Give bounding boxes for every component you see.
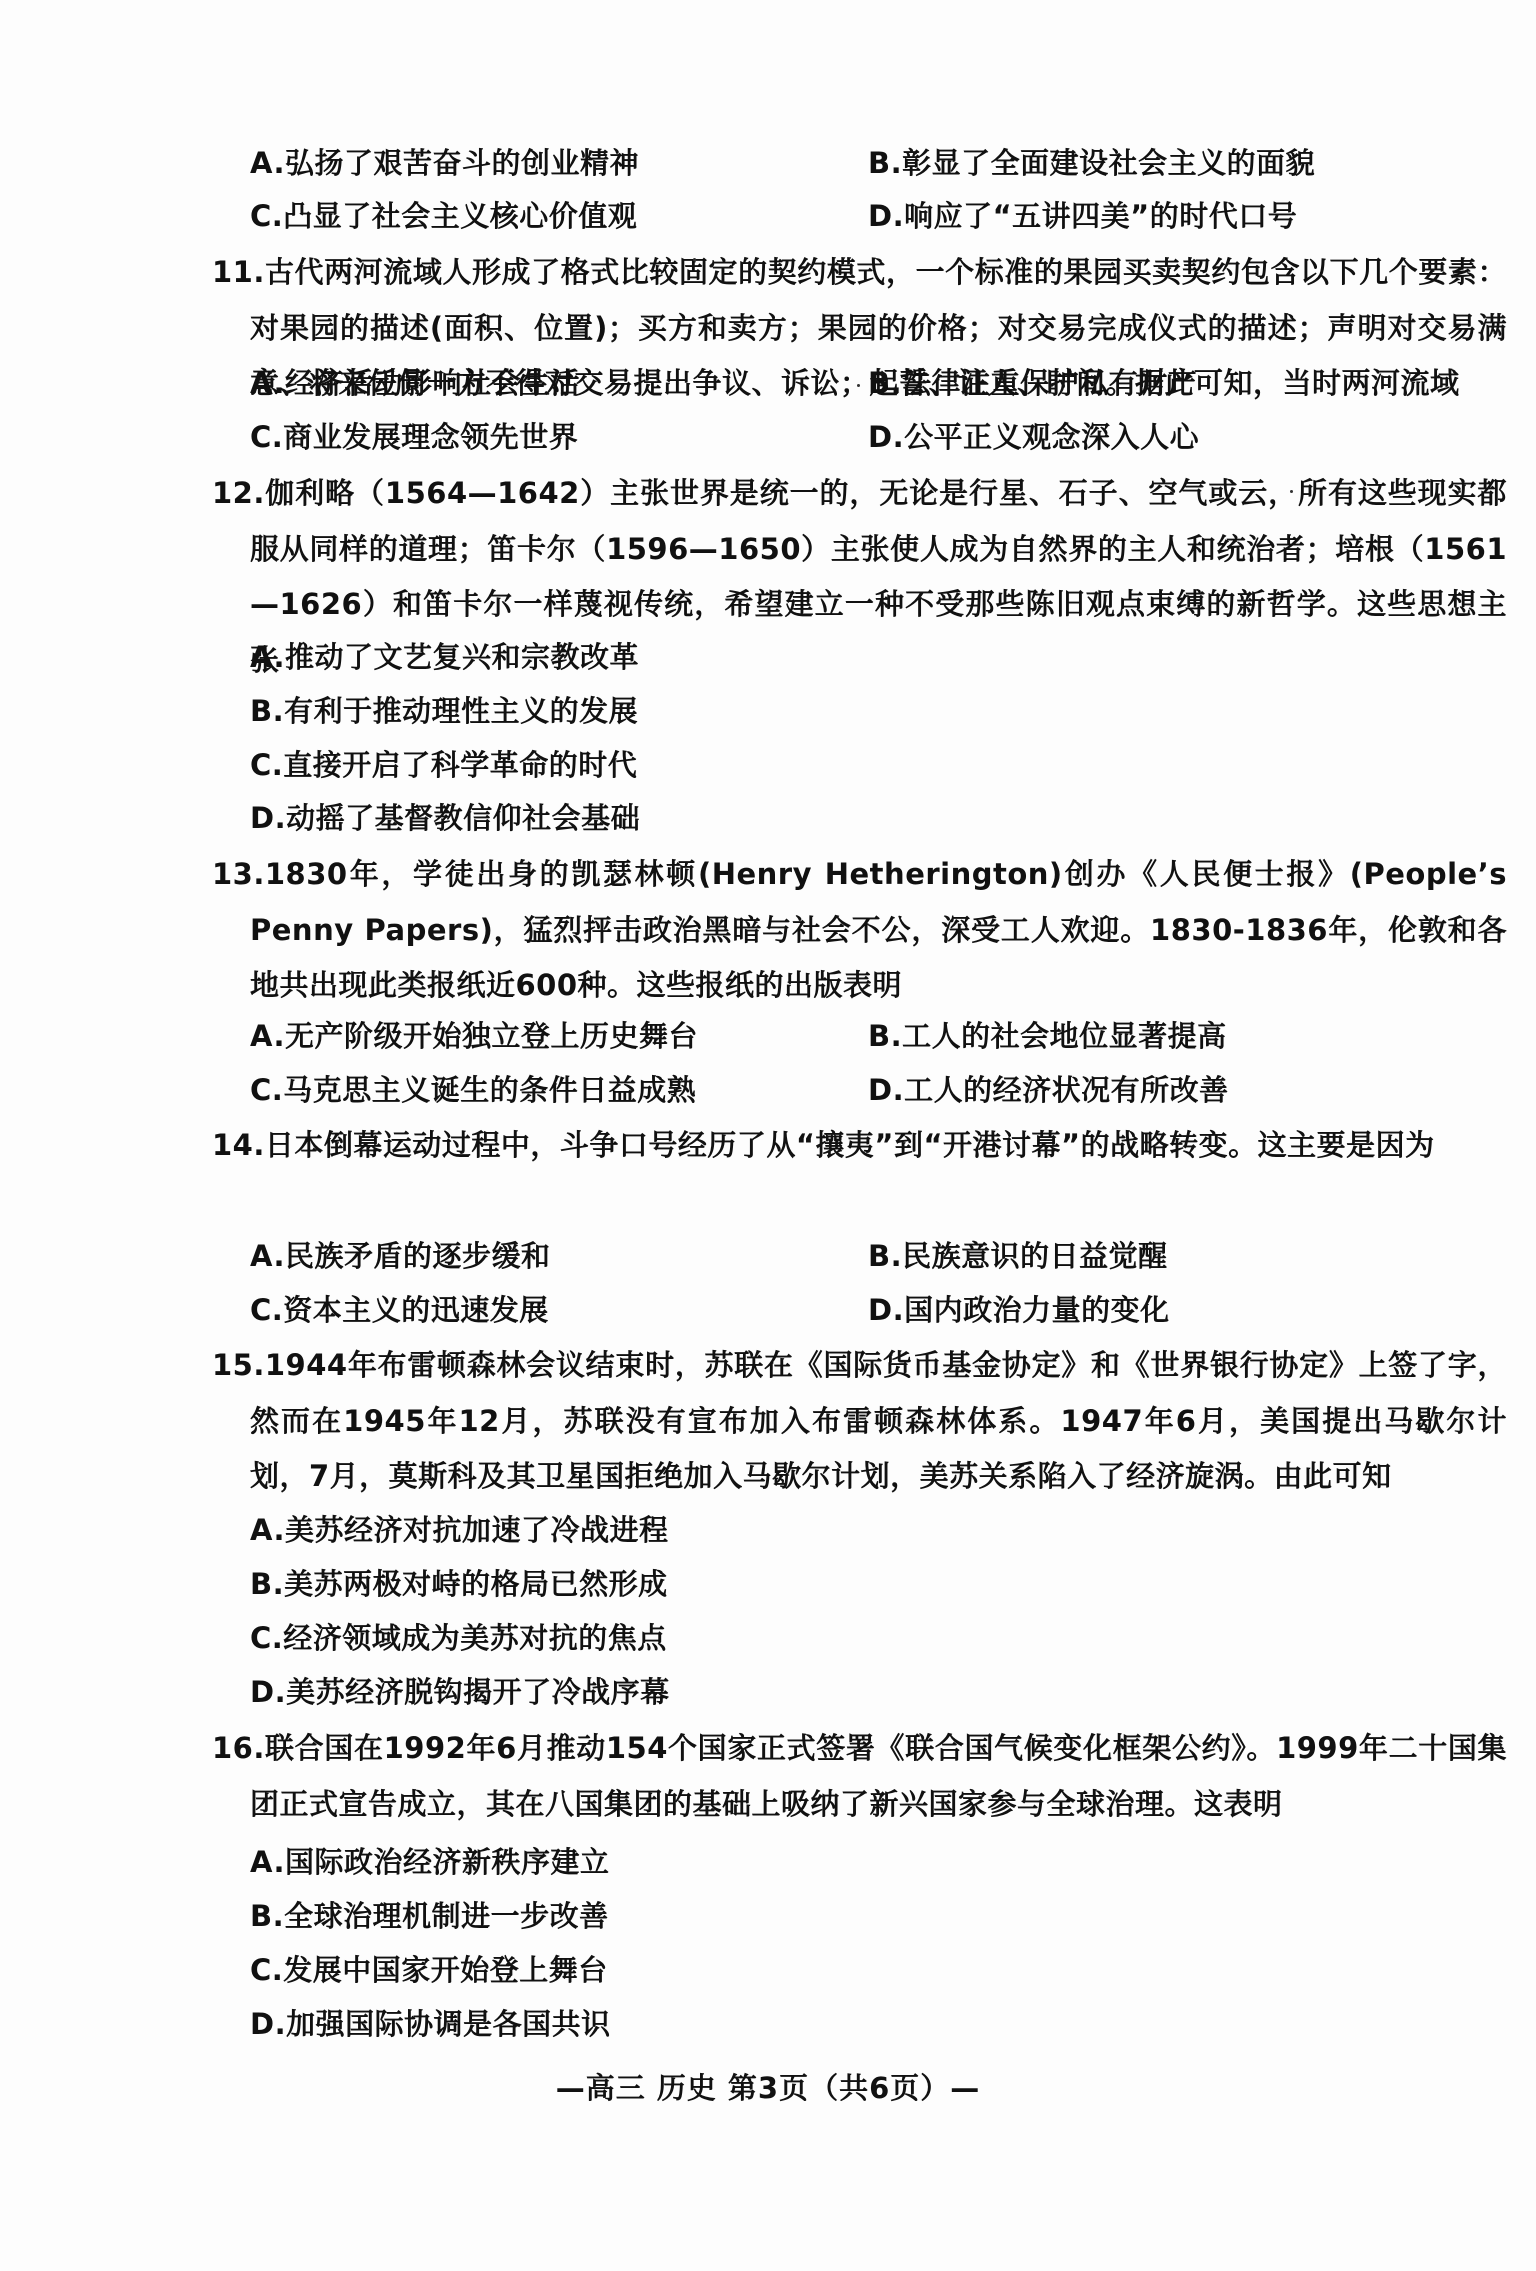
q13-option-b: B.工人的社会地位显著提高 bbox=[868, 1016, 1227, 1056]
q12-option-d: D.动摇了基督教信仰社会基础 bbox=[250, 798, 640, 838]
q15-option-b: B.美苏两极对峙的格局已然形成 bbox=[250, 1564, 668, 1604]
q12-option-b: B.有利于推动理性主义的发展 bbox=[250, 691, 638, 731]
q11-option-c: C.商业发展理念领先世界 bbox=[250, 417, 578, 457]
page-footer: —高三 历史 第3页（共6页）— bbox=[0, 2066, 1536, 2107]
q11-option-a: A.经济活动影响社会生活 bbox=[250, 363, 580, 403]
question-stem: 日本倒幕运动过程中，斗争口号经历了从“攘夷”到“开港讨幕”的战略转变。这主要是因… bbox=[265, 1128, 1435, 1162]
q16-option-a: A.国际政治经济新秩序建立 bbox=[250, 1842, 610, 1882]
q15-option-a: A.美苏经济对抗加速了冷战进程 bbox=[250, 1510, 669, 1550]
q12-option-c: C.直接开启了科学革命的时代 bbox=[250, 745, 637, 785]
q13-option-a: A.无产阶级开始独立登上历史舞台 bbox=[250, 1016, 698, 1056]
question-16: 16.联合国在1992年6月推动154个国家正式签署《联合国气候变化框架公约》。… bbox=[212, 1721, 1507, 1832]
q10-option-c: C.凸显了社会主义核心价值观 bbox=[250, 196, 637, 236]
question-number: 16. bbox=[212, 1731, 265, 1765]
q14-option-b: B.民族意识的日益觉醒 bbox=[868, 1236, 1168, 1276]
question-number: 15. bbox=[212, 1348, 265, 1382]
q11-option-b: B.法律注重保护私有财产 bbox=[868, 363, 1197, 403]
question-stem: 1830年，学徒出身的凯瑟林顿(Henry Hetherington)创办《人民… bbox=[250, 857, 1507, 1002]
q14-option-c: C.资本主义的迅速发展 bbox=[250, 1290, 549, 1330]
q13-option-d: D.工人的经济状况有所改善 bbox=[868, 1070, 1229, 1110]
question-13: 13.1830年，学徒出身的凯瑟林顿(Henry Hetherington)创办… bbox=[212, 847, 1507, 1014]
question-14: 14.日本倒幕运动过程中，斗争口号经历了从“攘夷”到“开港讨幕”的战略转变。这主… bbox=[212, 1118, 1507, 1174]
question-number: 12. bbox=[212, 476, 265, 510]
q15-option-d: D.美苏经济脱钩揭开了冷战序幕 bbox=[250, 1672, 670, 1712]
q16-option-b: B.全球治理机制进一步改善 bbox=[250, 1896, 609, 1936]
q13-option-c: C.马克思主义诞生的条件日益成熟 bbox=[250, 1070, 696, 1110]
scan-speck bbox=[693, 258, 696, 261]
q12-option-a: A.推动了文艺复兴和宗教改革 bbox=[250, 637, 639, 677]
q16-option-d: D.加强国际协调是各国共识 bbox=[250, 2004, 611, 2044]
scan-speck bbox=[1458, 490, 1461, 493]
question-stem: 联合国在1992年6月推动154个国家正式签署《联合国气候变化框架公约》。199… bbox=[250, 1731, 1507, 1821]
question-number: 13. bbox=[212, 857, 265, 891]
scan-speck bbox=[1290, 490, 1293, 493]
q14-option-a: A.民族矛盾的逐步缓和 bbox=[250, 1236, 551, 1276]
q10-option-d: D.响应了“五讲四美”的时代口号 bbox=[868, 196, 1297, 236]
question-number: 14. bbox=[212, 1128, 265, 1162]
q10-option-a: A.弘扬了艰苦奋斗的创业精神 bbox=[250, 143, 639, 183]
question-stem: 1944年布雷顿森林会议结束时，苏联在《国际货币基金协定》和《世界银行协定》上签… bbox=[250, 1348, 1507, 1493]
question-number: 11. bbox=[212, 255, 265, 289]
q11-option-d: D.公平正义观念深入人心 bbox=[868, 417, 1199, 457]
exam-page: A.弘扬了艰苦奋斗的创业精神 B.彰显了全面建设社会主义的面貌 C.凸显了社会主… bbox=[0, 0, 1536, 2271]
q15-option-c: C.经济领域成为美苏对抗的焦点 bbox=[250, 1618, 667, 1658]
q16-option-c: C.发展中国家开始登上舞台 bbox=[250, 1950, 608, 1990]
question-15: 15.1944年布雷顿森林会议结束时，苏联在《国际货币基金协定》和《世界银行协定… bbox=[212, 1338, 1507, 1505]
q10-option-b: B.彰显了全面建设社会主义的面貌 bbox=[868, 143, 1315, 183]
scan-speck bbox=[857, 384, 860, 387]
q14-option-d: D.国内政治力量的变化 bbox=[868, 1290, 1170, 1330]
